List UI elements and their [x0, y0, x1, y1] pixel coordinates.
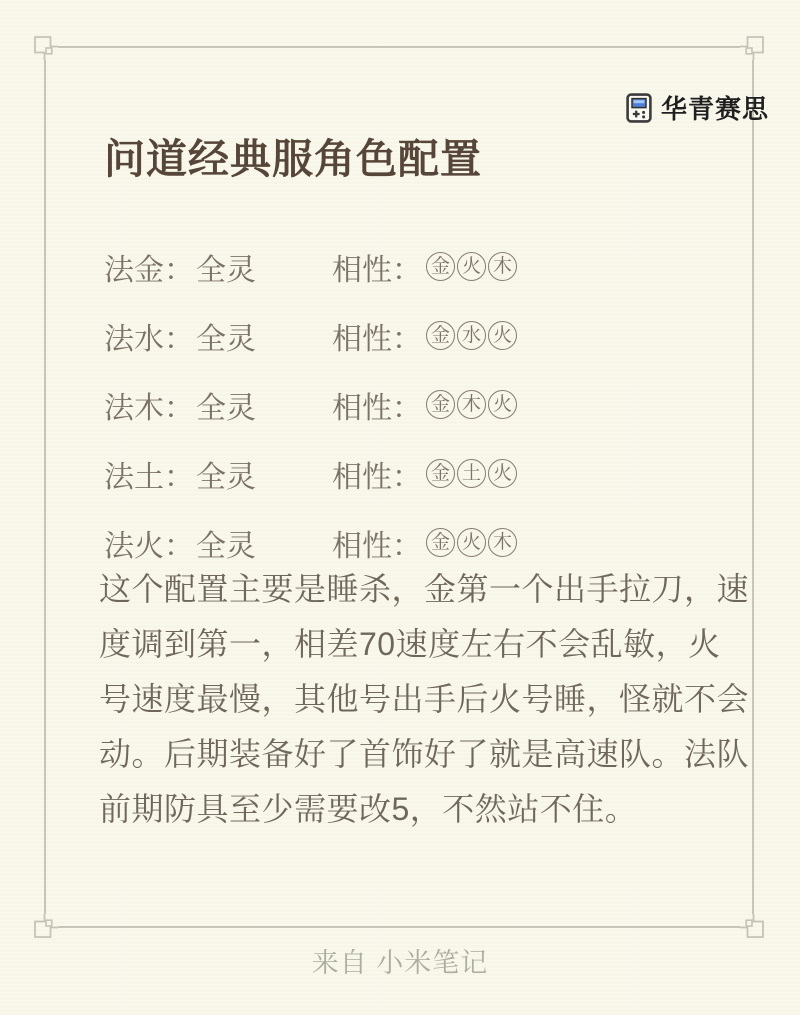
frame-line-left: [44, 60, 46, 914]
build-value: 全灵: [196, 245, 332, 289]
affinity-label: 相性：: [332, 383, 422, 427]
config-row: 法水： 全灵 相性： 金水火: [104, 301, 724, 370]
role-label: 法火：: [104, 521, 196, 565]
paragraph-line: 这个配置主要是睡杀，金第一个出手拉刀，速: [99, 562, 759, 617]
page-title: 问道经典服角色配置: [104, 126, 482, 185]
build-value: 全灵: [196, 521, 332, 565]
footer-source: 来自 小米笔记: [0, 941, 800, 980]
affinity-elements: 金土火: [426, 459, 517, 488]
frame-corner-ornament-icon: [32, 914, 58, 940]
affinity-label: 相性：: [332, 245, 422, 289]
affinity-label: 相性：: [332, 314, 422, 358]
element-circle-icon: 金: [426, 390, 455, 419]
paragraph-line: 前期防具至少需要改5，不然站不住。: [99, 782, 759, 837]
config-row: 法木： 全灵 相性： 金木火: [104, 370, 724, 439]
element-circle-icon: 木: [488, 528, 517, 557]
config-row: 法土： 全灵 相性： 金土火: [104, 439, 724, 508]
affinity-elements: 金木火: [426, 390, 517, 419]
role-label: 法土：: [104, 452, 196, 496]
paragraph-line: 度调到第一，相差70速度左右不会乱敏，火: [99, 617, 759, 672]
element-circle-icon: 火: [488, 459, 517, 488]
affinity-label: 相性：: [332, 521, 422, 565]
handheld-console-icon: [626, 93, 652, 123]
element-circle-icon: 土: [457, 459, 486, 488]
note-page: 华青赛思 问道经典服角色配置 法金： 全灵 相性： 金火木 法水： 全灵 相性：…: [0, 0, 800, 1015]
element-circle-icon: 火: [457, 528, 486, 557]
affinity-elements: 金火木: [426, 252, 517, 281]
element-circle-icon: 金: [426, 252, 455, 281]
build-value: 全灵: [196, 314, 332, 358]
brand-watermark: 华青赛思: [626, 89, 769, 126]
frame-corner-ornament-icon: [740, 914, 766, 940]
build-value: 全灵: [196, 383, 332, 427]
element-circle-icon: 火: [488, 390, 517, 419]
paragraph-line: 动。后期装备好了首饰好了就是高速队。法队: [99, 727, 759, 782]
frame-corner-ornament-icon: [32, 34, 58, 60]
paragraph-line: 号速度最慢，其他号出手后火号睡，怪就不会: [99, 672, 759, 727]
config-rows: 法金： 全灵 相性： 金火木 法水： 全灵 相性： 金水火 法木： 全灵 相性：…: [104, 232, 724, 577]
role-label: 法木：: [104, 383, 196, 427]
build-value: 全灵: [196, 452, 332, 496]
affinity-label: 相性：: [332, 452, 422, 496]
element-circle-icon: 金: [426, 459, 455, 488]
frame-corner-ornament-icon: [740, 34, 766, 60]
brand-name: 华青赛思: [661, 89, 769, 126]
element-circle-icon: 火: [488, 321, 517, 350]
frame-line-top: [58, 46, 740, 48]
element-circle-icon: 火: [457, 252, 486, 281]
body-paragraph: 这个配置主要是睡杀，金第一个出手拉刀，速度调到第一，相差70速度左右不会乱敏，火…: [99, 562, 759, 837]
affinity-elements: 金火木: [426, 528, 517, 557]
element-circle-icon: 金: [426, 528, 455, 557]
role-label: 法金：: [104, 245, 196, 289]
element-circle-icon: 金: [426, 321, 455, 350]
role-label: 法水：: [104, 314, 196, 358]
element-circle-icon: 水: [457, 321, 486, 350]
element-circle-icon: 木: [457, 390, 486, 419]
affinity-elements: 金水火: [426, 321, 517, 350]
element-circle-icon: 木: [488, 252, 517, 281]
config-row: 法金： 全灵 相性： 金火木: [104, 232, 724, 301]
frame-line-bottom: [58, 926, 740, 928]
